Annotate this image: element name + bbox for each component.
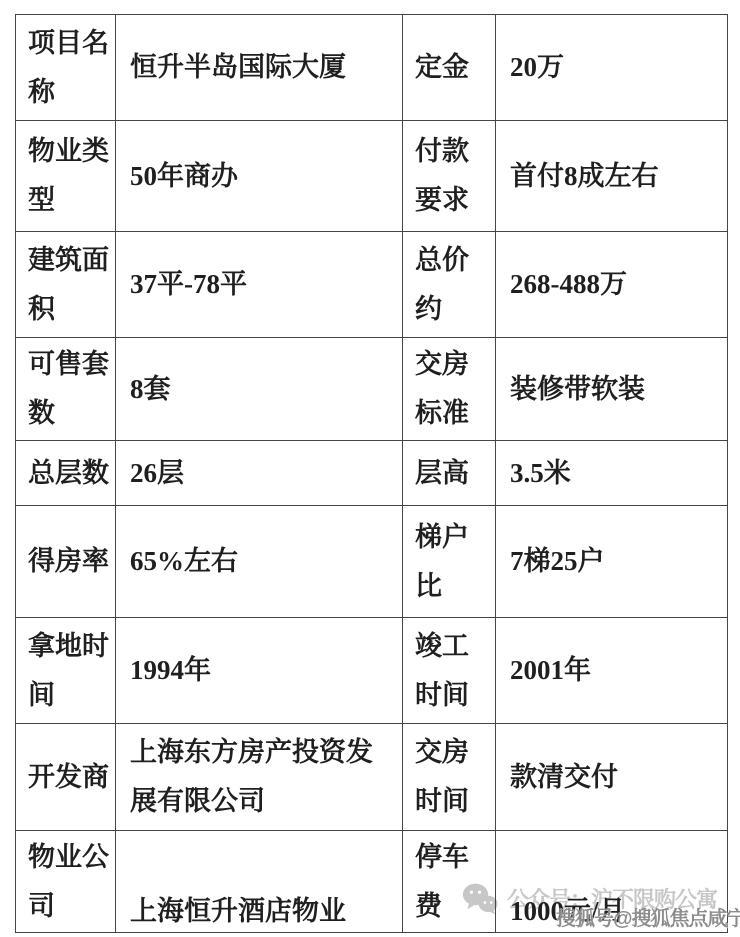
property-spec-table: 项目名称 恒升半岛国际大厦 定金 20万 物业类型 50年商办 付款要求 首付8…	[15, 14, 728, 933]
field-label-cell: 定金	[403, 15, 496, 121]
field-label-cell: 层高	[403, 441, 496, 506]
table-row: 总层数 26层 层高 3.5米	[16, 441, 728, 506]
field-value-cell: 1000元/月	[496, 831, 728, 933]
field-label-cell: 得房率	[16, 506, 116, 618]
field-value-cell: 上海东方房产投资发展有限公司	[116, 724, 403, 831]
field-label-cell: 竣工时间	[403, 618, 496, 724]
field-value-cell: 2001年	[496, 618, 728, 724]
table-row: 得房率 65%左右 梯户比 7梯25户	[16, 506, 728, 618]
field-label-cell: 项目名称	[16, 15, 116, 121]
field-value-cell: 款清交付	[496, 724, 728, 831]
field-label-cell: 梯户比	[403, 506, 496, 618]
field-label-cell: 停车费	[403, 831, 496, 933]
field-value-cell: 3.5米	[496, 441, 728, 506]
field-value-cell: 37平-78平	[116, 232, 403, 338]
field-value-cell: 装修带软装	[496, 338, 728, 441]
table-row: 建筑面积 37平-78平 总价约 268-488万	[16, 232, 728, 338]
table-row: 可售套数 8套 交房标准 装修带软装	[16, 338, 728, 441]
table-row: 物业公司 上海恒升酒店物业 停车费 1000元/月	[16, 831, 728, 933]
field-value-cell: 恒升半岛国际大厦	[116, 15, 403, 121]
field-value-cell: 50年商办	[116, 121, 403, 232]
field-value-cell: 26层	[116, 441, 403, 506]
field-value-cell: 上海恒升酒店物业	[116, 831, 403, 933]
field-value-cell: 8套	[116, 338, 403, 441]
property-spec-table-wrap: 项目名称 恒升半岛国际大厦 定金 20万 物业类型 50年商办 付款要求 首付8…	[15, 14, 728, 933]
field-label-cell: 物业类型	[16, 121, 116, 232]
field-label-cell: 开发商	[16, 724, 116, 831]
field-value-cell: 1994年	[116, 618, 403, 724]
field-value-cell: 7梯25户	[496, 506, 728, 618]
field-label-cell: 可售套数	[16, 338, 116, 441]
table-row: 开发商 上海东方房产投资发展有限公司 交房时间 款清交付	[16, 724, 728, 831]
field-label-cell: 付款要求	[403, 121, 496, 232]
field-value-cell: 20万	[496, 15, 728, 121]
field-label-cell: 拿地时间	[16, 618, 116, 724]
field-label-cell: 物业公司	[16, 831, 116, 933]
page: 公众号：沪不限购公寓 项目名称 恒升半岛国际大厦 定金 20万 物业类型 50年…	[0, 0, 740, 937]
field-value-cell: 65%左右	[116, 506, 403, 618]
field-label-cell: 总层数	[16, 441, 116, 506]
table-row: 物业类型 50年商办 付款要求 首付8成左右	[16, 121, 728, 232]
field-label-cell: 交房时间	[403, 724, 496, 831]
field-label-cell: 建筑面积	[16, 232, 116, 338]
table-row: 拿地时间 1994年 竣工时间 2001年	[16, 618, 728, 724]
field-label-cell: 交房标准	[403, 338, 496, 441]
field-label-cell: 总价约	[403, 232, 496, 338]
field-value-cell: 268-488万	[496, 232, 728, 338]
table-row: 项目名称 恒升半岛国际大厦 定金 20万	[16, 15, 728, 121]
field-value-cell: 首付8成左右	[496, 121, 728, 232]
